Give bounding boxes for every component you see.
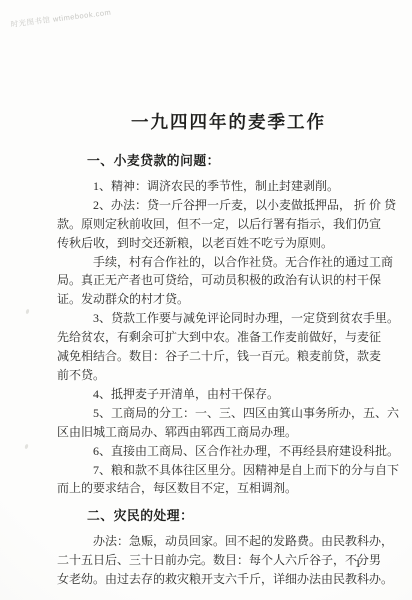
page-title: 一九四四年的麦季工作 <box>57 109 400 134</box>
body-line: 先给贫农，有剩余可扩大到中农。准备工作麦前做好，与麦征 <box>57 328 378 347</box>
section-heading-1: 一、小麦贷款的问题： <box>57 152 378 171</box>
body-line: 二十五日后、三十日前办完。数目：每个人六斤谷子，不分男 <box>57 551 378 570</box>
body-line: 1、精神：调济农民的季节性，制止封建剥削。 <box>57 177 378 196</box>
scan-artifact <box>24 444 28 450</box>
body-line: 手续，村有合作社的，以合作社贷。无合作社的通过工商 <box>57 253 378 272</box>
section-heading-2: 二、灾民的处理： <box>57 507 378 526</box>
body-line: 2、办法：贷一斤谷押一斤麦，以小麦做抵押品， 折 价 贷 <box>57 196 378 215</box>
body-line: 办法：急赈，动员回家。回不起的发路费。由民教科办， <box>57 532 378 551</box>
body-line: 6、直接由工商局、区合作社办理，不再经县府建设科批。 <box>57 442 378 461</box>
body-line: 3、贷款工作要与减免评论同时办理，一定贷到贫农手里。 <box>57 309 378 328</box>
body-line: 7、粮和款不具体往区里分。因精神是自上而下的分与自下 <box>57 461 378 480</box>
body-line: 区由旧城工商局办、郓西由郓西工商局办理。 <box>57 423 378 442</box>
document-body: 一、小麦贷款的问题： 1、精神：调济农民的季节性，制止封建剥削。 2、办法：贷一… <box>57 152 378 589</box>
body-line: 款。原则定秋前收回，但不一定，以后行署有指示，我们仍宣 <box>57 215 378 234</box>
body-line: 5、工商局的分工：一、三、四区由箕山事务所办，五、六 <box>57 404 378 423</box>
body-line: 减免相结合。数目：谷子二十斤，钱一百元。粮麦前贷，款麦 <box>57 347 378 366</box>
body-line: 局。真正无产者也可贷给，可动员积极的政治有认识的村干保 <box>57 271 378 290</box>
body-line: 前不贷。 <box>57 366 378 385</box>
body-line: 而上的要求结合，每区数目不定，互相调剂。 <box>57 479 378 498</box>
document-page: 时光图书馆 wtimebook.com 一九四四年的麦季工作 一、小麦贷款的问题… <box>0 0 412 600</box>
watermark: 时光图书馆 wtimebook.com <box>10 7 112 30</box>
body-line: 4、抵押麦子开清单，由村干保存。 <box>57 385 378 404</box>
body-line: 女老幼。由过去存的救灾粮开支六千斤，详细办法由民教科办。 <box>57 570 378 589</box>
scan-artifact <box>25 309 29 315</box>
body-line: 证。发动群众的村才贷。 <box>57 290 378 309</box>
body-line: 传秋后收，到时交还新粮，以老百姓不吃亏为原则。 <box>57 234 378 253</box>
page-number: 1 <box>355 556 361 571</box>
